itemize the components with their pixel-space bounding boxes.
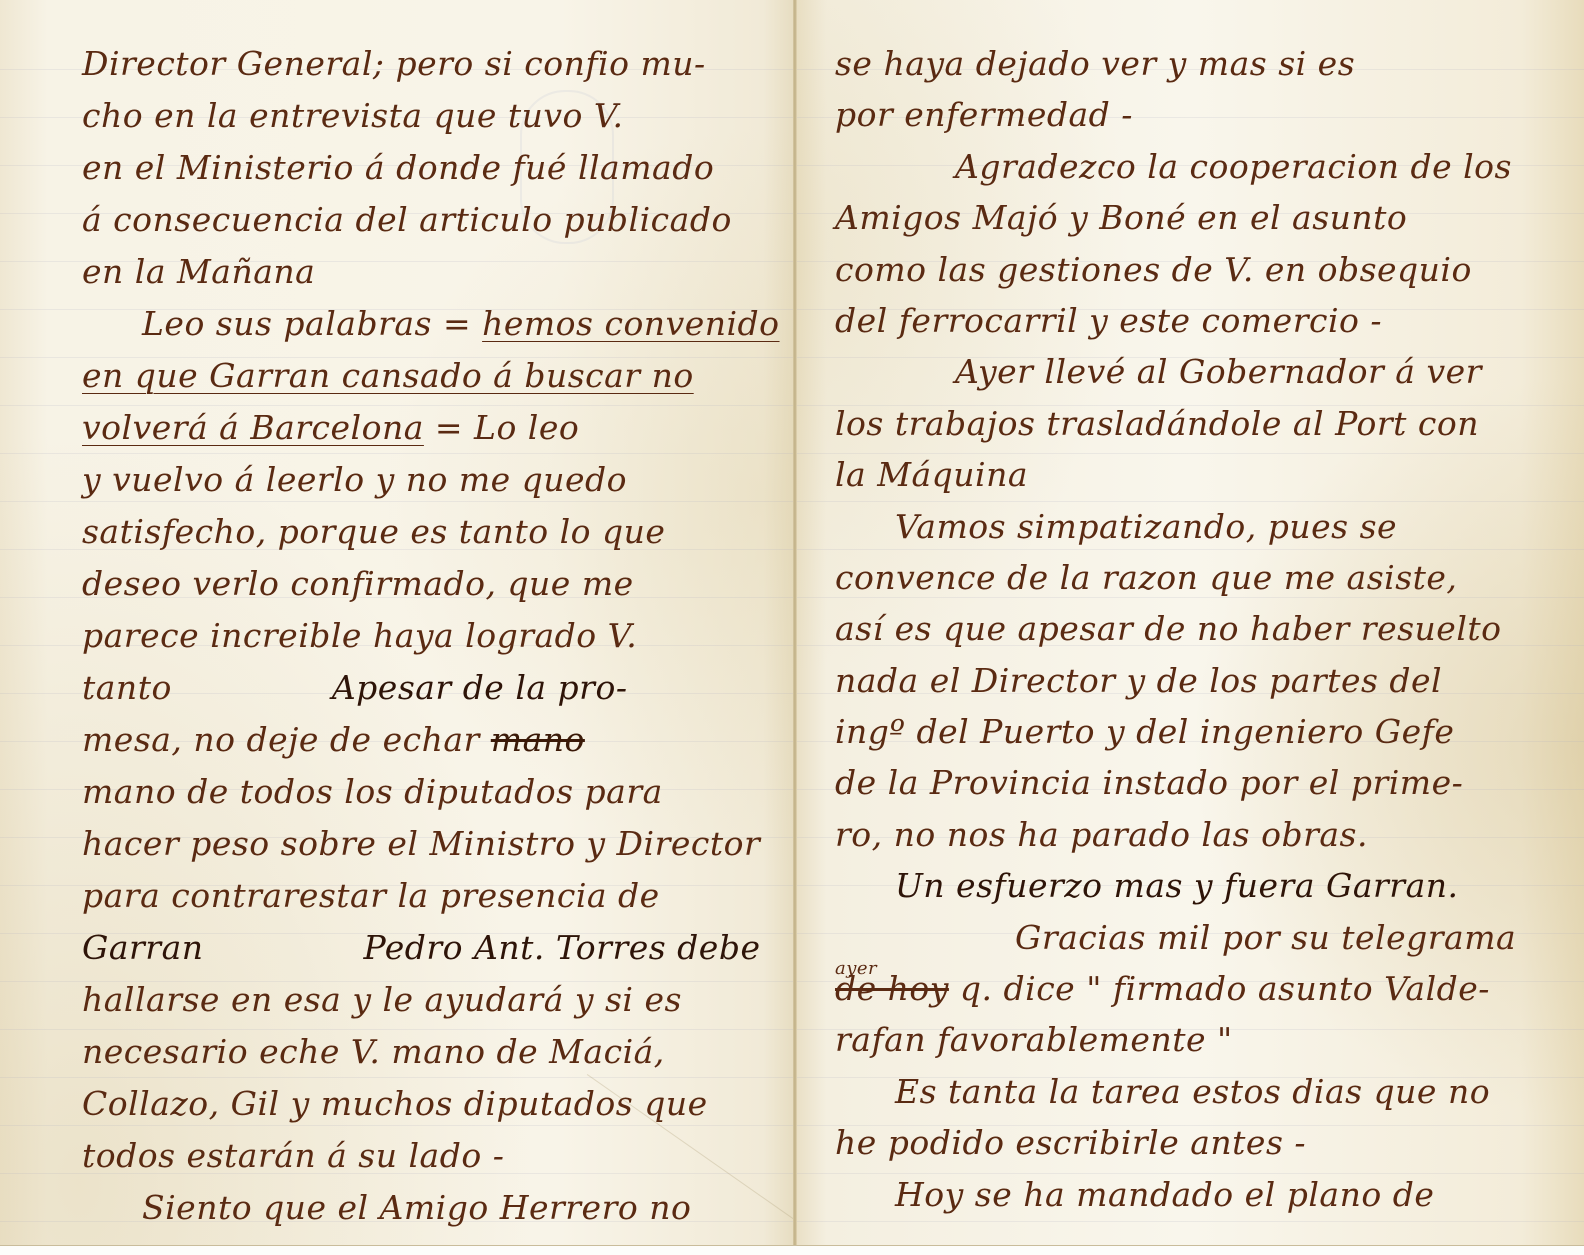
text-line: de la Provincia instado por el prime- — [835, 757, 1554, 808]
text-line: cho en la entrevista que tuvo V. — [82, 90, 765, 142]
text-line: volverá á Barcelona = Lo leo — [82, 402, 765, 454]
underlined-text: volverá á Barcelona — [82, 408, 424, 447]
text-line: ayerde hoy q. dice " firmado asunto Vald… — [835, 963, 1554, 1014]
text-line: satisfecho, porque es tanto lo que — [82, 506, 765, 558]
text-line: rafan favorablemente " — [835, 1014, 1554, 1065]
text-fragment: mesa, no deje de echar — [82, 720, 491, 759]
text-fragment: = Lo leo — [424, 408, 579, 447]
text-line: en el Ministerio á donde fué llamado — [82, 142, 765, 194]
text-line: ingº del Puerto y del ingeniero Gefe — [835, 706, 1554, 757]
text-fragment: Garran — [82, 928, 204, 967]
text-line: hacer peso sobre el Ministro y Director — [82, 818, 765, 870]
text-line: se haya dejado ver y mas si es — [835, 38, 1554, 89]
text-line: para contrarestar la presencia de — [82, 870, 765, 922]
right-page: se haya dejado ver y mas si es por enfer… — [795, 0, 1584, 1245]
text-line: parece increible haya logrado V. — [82, 610, 765, 662]
text-line: Collazo, Gil y muchos diputados que — [82, 1078, 765, 1130]
underlined-text: hemos convenido — [482, 304, 779, 343]
text-line: como las gestiones de V. en obsequio — [835, 244, 1554, 295]
left-page: Director General; pero si confio mu- cho… — [0, 0, 795, 1245]
text-line: tantoApesar de la pro- — [82, 662, 765, 714]
text-line: Leo sus palabras = hemos convenido — [82, 298, 765, 350]
text-line: á consecuencia del articulo publicado — [82, 194, 765, 246]
letter-spread: Director General; pero si confio mu- cho… — [0, 0, 1584, 1245]
inserted-word: ayer — [835, 943, 883, 994]
text-line: Un esfuerzo mas y fuera Garran. — [835, 860, 1554, 911]
text-fragment: Pedro Ant. Torres debe — [364, 928, 761, 967]
text-line: Vamos simpatizando, pues se — [835, 501, 1554, 552]
text-line: Director General; pero si confio mu- — [82, 38, 765, 90]
text-line: por enfermedad - — [835, 89, 1554, 140]
text-line: los trabajos trasladándole al Port con — [835, 398, 1554, 449]
underlined-text-line: en que Garran cansado á buscar no — [82, 350, 765, 402]
text-line: nada el Director y de los partes del — [835, 655, 1554, 706]
text-line: mano de todos los diputados para — [82, 766, 765, 818]
text-line: he podido escribirle antes - — [835, 1117, 1554, 1168]
text-line: Siento que el Amigo Herrero no — [82, 1182, 765, 1234]
text-fragment: Apesar de la pro- — [332, 668, 628, 707]
text-line: Ayer llevé al Gobernador á ver — [835, 346, 1554, 397]
page-gutter — [793, 0, 797, 1245]
text-fragment: Leo sus palabras = — [142, 304, 482, 343]
scan-bottom-edge — [0, 1245, 1584, 1255]
text-line: en la Mañana — [82, 246, 765, 298]
text-line: Amigos Majó y Boné en el asunto — [835, 192, 1554, 243]
text-line: y vuelvo á leerlo y no me quedo — [82, 454, 765, 506]
text-line: mesa, no deje de echar mano — [82, 714, 765, 766]
text-line: necesario eche V. mano de Maciá, — [82, 1026, 765, 1078]
text-line: ro, no nos ha parado las obras. — [835, 809, 1554, 860]
text-line: deseo verlo confirmado, que me — [82, 558, 765, 610]
struck-out-word: mano — [491, 720, 585, 759]
text-line: así es que apesar de no haber resuelto — [835, 603, 1554, 654]
text-line: convence de la razon que me asiste, — [835, 552, 1554, 603]
text-line: Hoy se ha mandado el plano de — [835, 1169, 1554, 1220]
text-line: Es tanta la tarea estos dias que no — [835, 1066, 1554, 1117]
right-page-text: se haya dejado ver y mas si es por enfer… — [795, 38, 1584, 1220]
text-line: todos estarán á su lado - — [82, 1130, 765, 1182]
text-line: la Máquina — [835, 449, 1554, 500]
text-line: Agradezco la cooperacion de los — [835, 141, 1554, 192]
text-line: del ferrocarril y este comercio - — [835, 295, 1554, 346]
text-line: Gracias mil por su telegrama — [835, 912, 1554, 963]
left-page-text: Director General; pero si confio mu- cho… — [0, 38, 795, 1234]
text-line: GarranPedro Ant. Torres debe — [82, 922, 765, 974]
text-fragment: tanto — [82, 668, 172, 707]
text-line: hallarse en esa y le ayudará y si es — [82, 974, 765, 1026]
text-fragment: q. dice " firmado asunto Valde- — [949, 969, 1490, 1008]
